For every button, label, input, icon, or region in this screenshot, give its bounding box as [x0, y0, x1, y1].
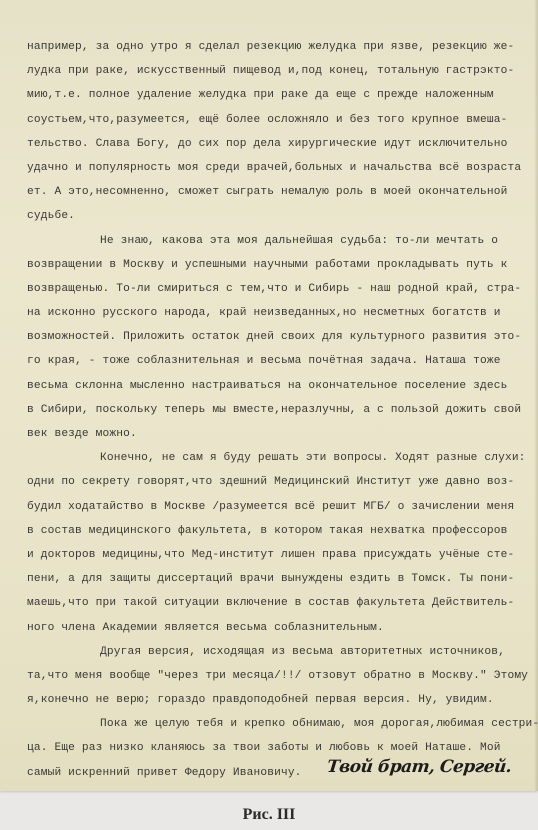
letter-line: я,конечно не верю; гораздо правдоподобне…: [27, 688, 532, 712]
letter-line: на исконно русского народа, край неизвед…: [27, 301, 532, 325]
letter-line-text: в состав медицинского факультета, в кото…: [27, 525, 507, 537]
letter-line-text: Конечно, не сам я буду решать эти вопрос…: [100, 452, 526, 464]
letter-line-text: и докторов медицины,что Мед-институт лиш…: [27, 549, 514, 561]
letter-line-text: будил ходатайство в Москве /разумеется в…: [27, 501, 514, 513]
letter-line-text: Не знаю, какова эта моя дальнейшая судьб…: [100, 235, 498, 247]
typewritten-letter-page: например, за одно утро я сделал резекцию…: [0, 0, 538, 791]
letter-line: та,что меня вообще "через три месяца/!!/…: [27, 664, 532, 688]
letter-line: тельство. Слава Богу, до сих пор дела хи…: [27, 132, 532, 156]
letter-line: ного члена Академии является весьма собл…: [27, 616, 532, 640]
letter-line-text: удачно и популярность моя среди врачей,б…: [27, 162, 521, 174]
letter-line: будил ходатайство в Москве /разумеется в…: [27, 495, 532, 519]
letter-line-text: я,конечно не верю; гораздо правдоподобне…: [27, 694, 494, 706]
letter-line-text: го края, - тоже соблазнительная и весьма…: [27, 355, 501, 367]
letter-line-text: ца. Еще раз низко кланяюсь за твои забот…: [27, 742, 501, 754]
letter-line-text: тельство. Слава Богу, до сих пор дела хи…: [27, 138, 507, 150]
letter-line-text: Другая версия, исходящая из весьма автор…: [100, 646, 505, 658]
letter-line-text: маешь,что при такой ситуации включение в…: [27, 597, 514, 609]
letter-line: Пока же целую тебя и крепко обнимаю, моя…: [27, 712, 532, 736]
letter-line-text: весьма склонна мысленно настраиваться на…: [27, 380, 507, 392]
letter-line-text: возможностей. Приложить остаток дней сво…: [27, 331, 521, 343]
letter-line: маешь,что при такой ситуации включение в…: [27, 591, 532, 615]
letter-line-text: например, за одно утро я сделал резекцию…: [27, 41, 514, 53]
letter-line-text: Пока же целую тебя и крепко обнимаю, моя…: [100, 718, 538, 730]
letter-line: век везде можно.: [27, 422, 532, 446]
letter-line: например, за одно утро я сделал резекцию…: [27, 35, 532, 59]
letter-line: возвращении в Москву и успешными научным…: [27, 253, 532, 277]
letter-line: в состав медицинского факультета, в кото…: [27, 519, 532, 543]
letter-line: весьма склонна мысленно настраиваться на…: [27, 374, 532, 398]
handwritten-signature: Твой брат, Сергей.: [326, 755, 513, 779]
letter-line: и докторов медицины,что Мед-институт лиш…: [27, 543, 532, 567]
figure-caption: Рис. III: [0, 806, 538, 824]
letter-line-text: возвращении в Москву и успешными научным…: [27, 259, 507, 271]
letter-line-text: век везде можно.: [27, 428, 137, 440]
letter-line: возвращенью. То-ли смириться с тем,что и…: [27, 277, 532, 301]
letter-line-text: та,что меня вообще "через три месяца/!!/…: [27, 670, 528, 682]
letter-line: судьбе.: [27, 204, 532, 228]
letter-line-text: возвращенью. То-ли смириться с тем,что и…: [27, 283, 521, 295]
letter-line: пени, а для защиты диссертаций врачи вын…: [27, 567, 532, 591]
letter-line-text: самый искренний привет Федору Ивановичу.: [27, 767, 302, 779]
letter-line-text: соустьем,что,разумеется, ещё более ослож…: [27, 114, 507, 126]
letter-line: в Сибири, поскольку теперь мы вместе,нер…: [27, 398, 532, 422]
letter-line-text: ет. А это,несомненно, сможет сыграть нем…: [27, 186, 507, 198]
letter-line: мию,т.е. полное удаление желудка при рак…: [27, 83, 532, 107]
letter-line-text: судьбе.: [27, 210, 75, 222]
letter-line: самый искренний привет Федору Ивановичу.…: [27, 761, 532, 785]
letter-line-text: в Сибири, поскольку теперь мы вместе,нер…: [27, 404, 521, 416]
letter-line: одни по секрету говорят,что здешний Меди…: [27, 470, 532, 494]
letter-line: соустьем,что,разумеется, ещё более ослож…: [27, 108, 532, 132]
letter-line: ет. А это,несомненно, сможет сыграть нем…: [27, 180, 532, 204]
letter-body: например, за одно утро я сделал резекцию…: [27, 35, 532, 785]
letter-line-text: ного члена Академии является весьма собл…: [27, 622, 384, 634]
letter-line: Другая версия, исходящая из весьма автор…: [27, 640, 532, 664]
letter-line: удачно и популярность моя среди врачей,б…: [27, 156, 532, 180]
letter-line-text: пени, а для защиты диссертаций врачи вын…: [27, 573, 514, 585]
letter-line-text: мию,т.е. полное удаление желудка при рак…: [27, 89, 494, 101]
letter-line-text: лудка при раке, искусственный пищевод и,…: [27, 65, 514, 77]
letter-line-text: одни по секрету говорят,что здешний Меди…: [27, 476, 514, 488]
letter-line: возможностей. Приложить остаток дней сво…: [27, 325, 532, 349]
letter-line-text: на исконно русского народа, край неизвед…: [27, 307, 501, 319]
letter-line: Конечно, не сам я буду решать эти вопрос…: [27, 446, 532, 470]
letter-line: го края, - тоже соблазнительная и весьма…: [27, 349, 532, 373]
letter-line: лудка при раке, искусственный пищевод и,…: [27, 59, 532, 83]
letter-line: Не знаю, какова эта моя дальнейшая судьб…: [27, 229, 532, 253]
